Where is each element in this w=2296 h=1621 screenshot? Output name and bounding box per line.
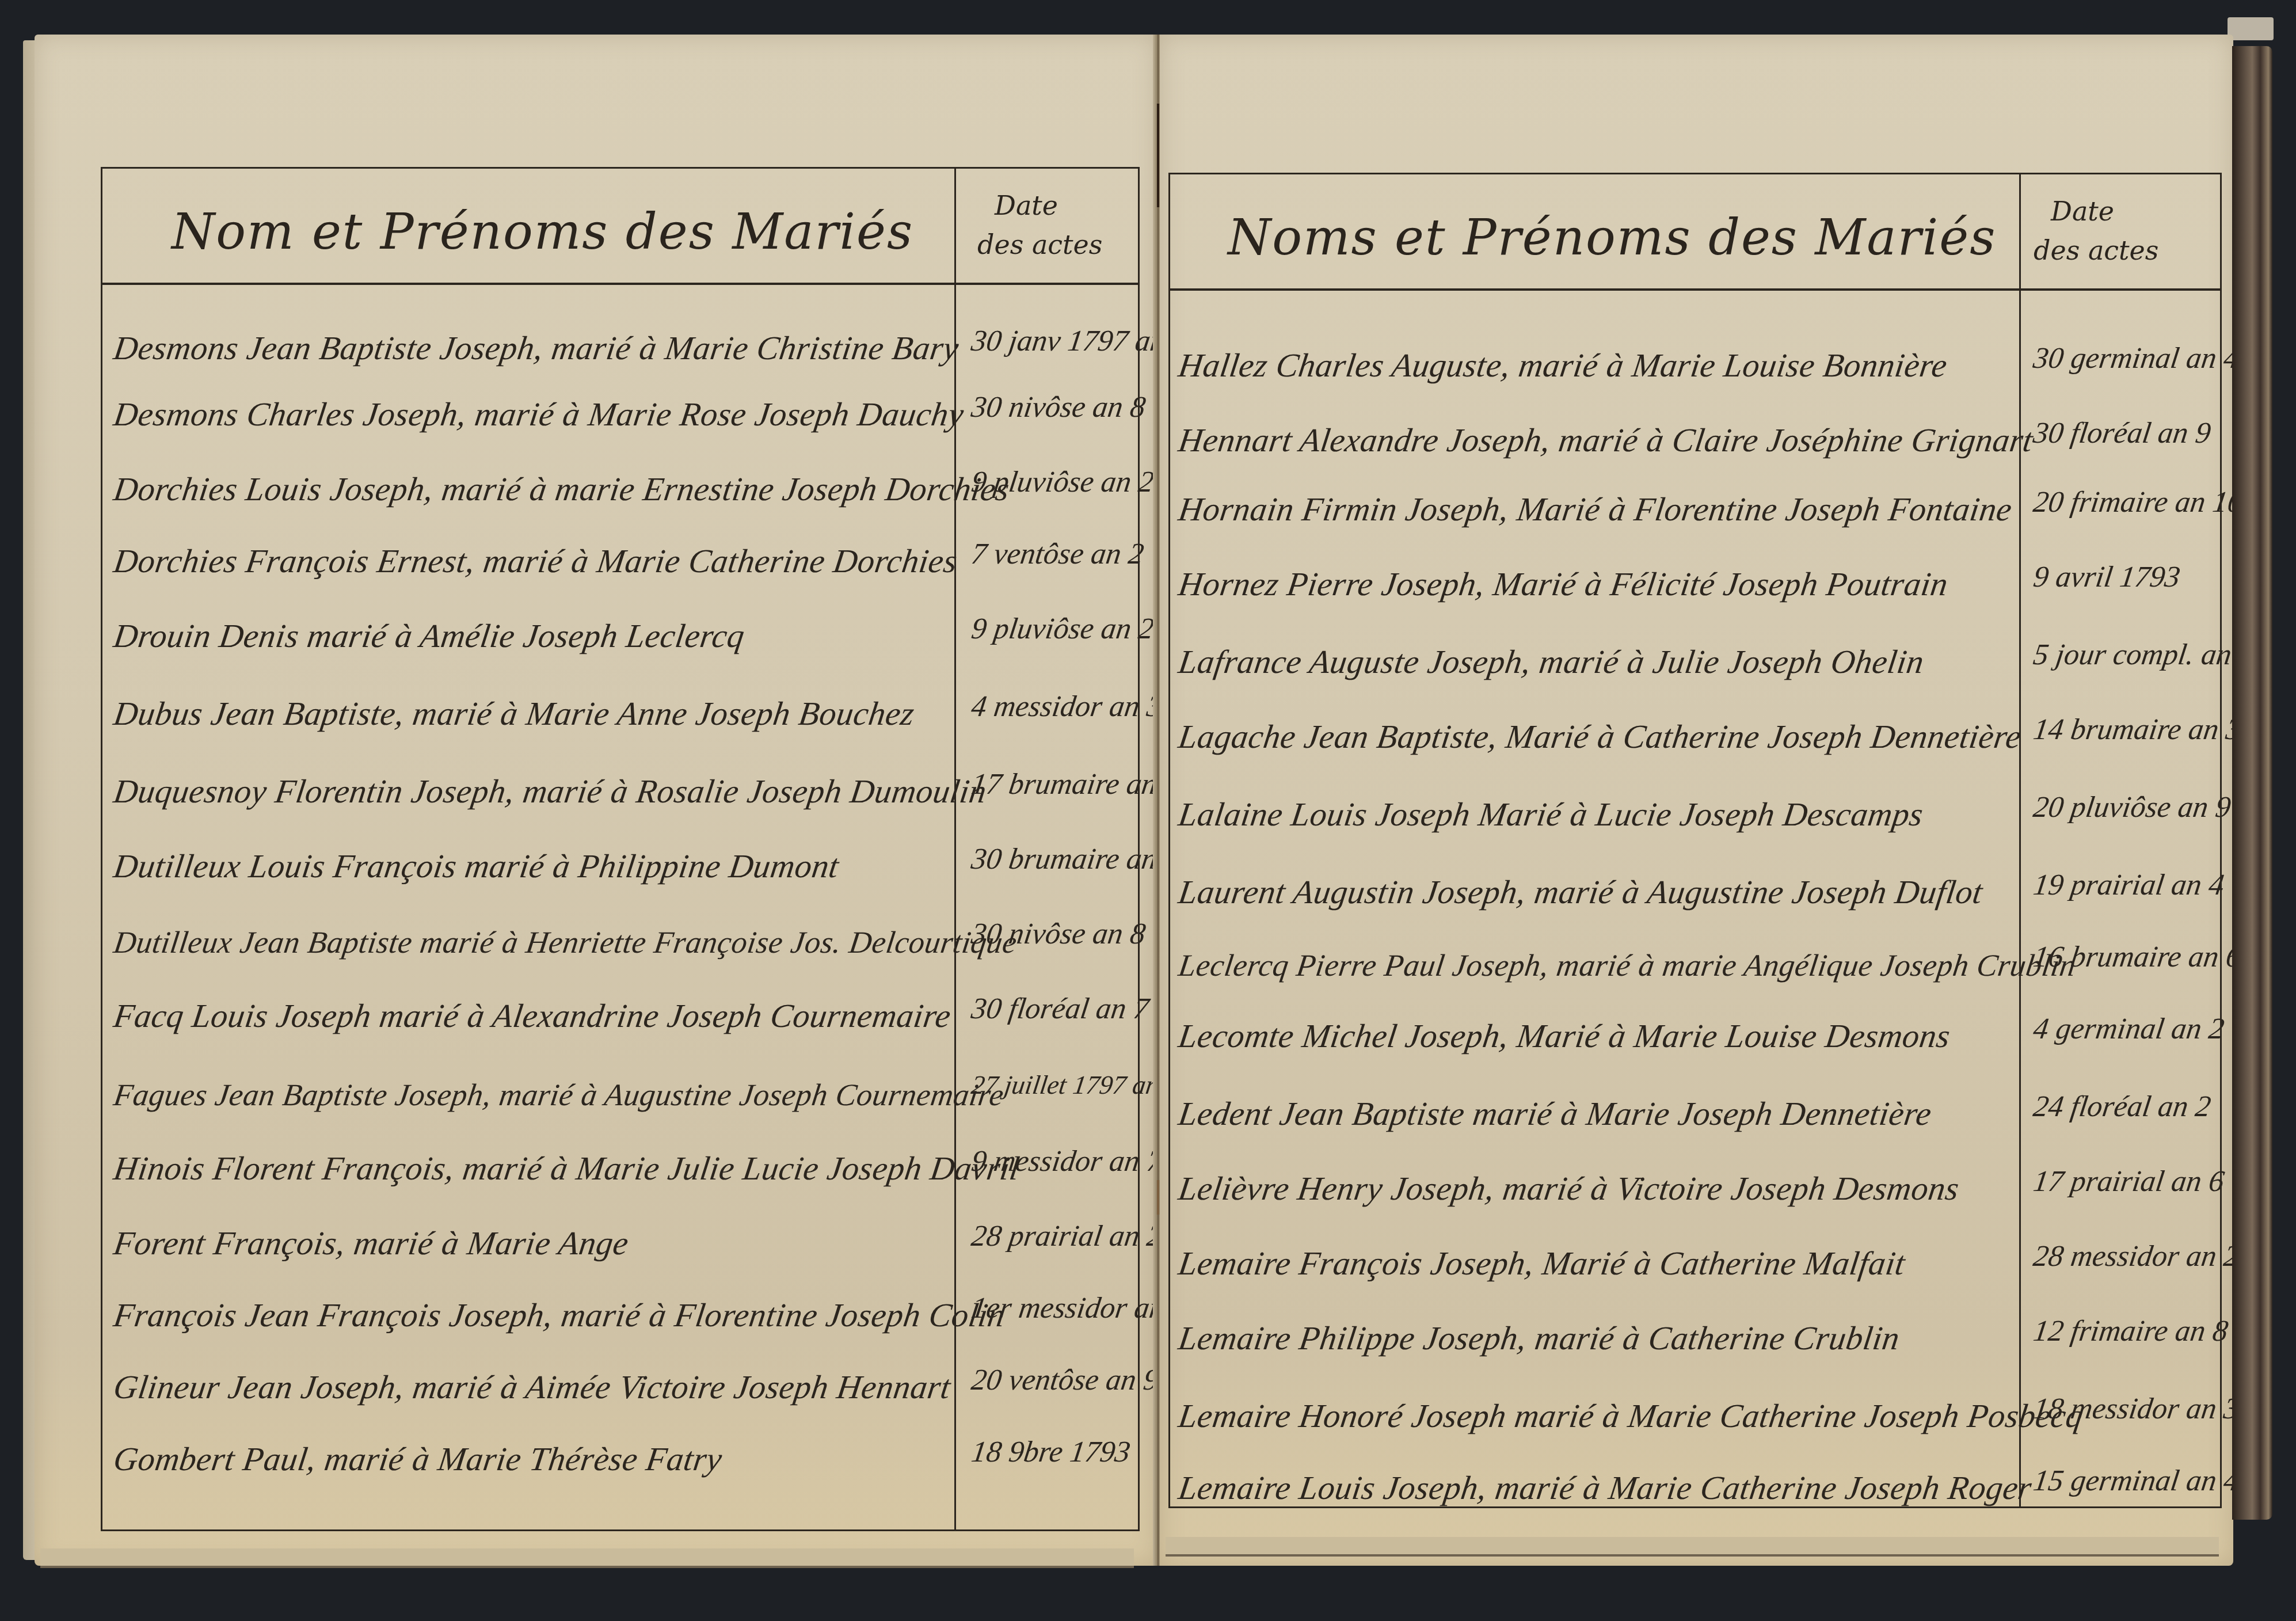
entry-date: 9 avril 1793 [2031,560,2183,594]
register-row: Hinois Florent François, marié à Marie J… [114,1130,1019,1188]
binding-thread [1157,104,1159,207]
book-cover-edge [2232,46,2272,1520]
name-column-header: Nom et Prénoms des Mariés [172,203,913,261]
register-row: Gombert Paul, marié à Marie Thérèse Fatr… [114,1421,722,1478]
register-row: Lafrance Auguste Joseph, marié à Julie J… [1179,623,1924,681]
entry-names: Lemaire Louis Joseph, marié à Marie Cath… [1176,1468,2034,1507]
entry-names: Lagache Jean Baptiste, Marié à Catherine… [1176,717,2024,756]
register-row: Dorchies François Ernest, marié à Marie … [114,523,957,580]
entry-date: 14 brumaire an 3 [2031,713,2244,747]
entry-names: Dubus Jean Baptiste, marié à Marie Anne … [111,694,917,733]
entry-names: Hennart Alexandre Joseph, marié à Claire… [1176,421,2035,459]
entry-names: Gombert Paul, marié à Marie Thérèse Fatr… [111,1440,725,1478]
binding-tear [1157,1180,1159,1215]
register-row: Hallez Charles Auguste, marié à Marie Lo… [1179,327,1947,385]
entry-date: 17 prairial an 6 [2031,1165,2226,1198]
entry-names: Dutilleux Jean Baptiste marié à Henriett… [112,924,1019,960]
register-row: Lemaire Philippe Joseph, marié à Catheri… [1179,1300,1899,1357]
right-page-bottom-edge [1166,1537,2219,1557]
register-row: Desmons Charles Joseph, marié à Marie Ro… [114,376,964,433]
register-row: Lemaire Louis Joseph, marié à Marie Cath… [1179,1449,2032,1507]
entry-names: Hinois Florent François, marié à Marie J… [111,1149,1022,1188]
entry-date: 15 germinal an 4 [2031,1464,2241,1498]
entry-names: Hornain Firmin Joseph, Marié à Florentin… [1176,490,2015,528]
register-row: Glineur Jean Joseph, marié à Aimée Victo… [114,1349,950,1406]
entry-names: Dorchies Louis Joseph, marié à marie Ern… [111,470,1012,508]
left-page: Nom et Prénoms des Mariés Date des actes… [35,35,1157,1566]
register-row: Lagache Jean Baptiste, Marié à Catherine… [1179,698,2021,756]
left-page-bottom-edge [40,1548,1134,1568]
right-page: Noms et Prénoms des Mariés Date des acte… [1160,35,2233,1566]
entry-date: 7 ventôse an 2 [969,537,1146,571]
entry-date: 18 9bre 1793 [969,1435,1133,1469]
entry-names: Desmons Jean Baptiste Joseph, marié à Ma… [111,329,961,367]
register-row: Lalaine Louis Joseph Marié à Lucie Josep… [1179,776,1923,834]
entry-date: 24 floréal an 2 [2031,1090,2213,1124]
register-row: Dutilleux Louis François marié à Philipp… [114,828,839,885]
entry-names: Lelièvre Henry Joseph, marié à Victoire … [1176,1169,1962,1208]
left-register-table: Nom et Prénoms des Mariés Date des actes… [101,167,1140,1531]
register-row: Duquesnoy Florentin Joseph, marié à Rosa… [114,753,987,810]
entry-date: 20 pluviôse an 9 [2031,790,2233,824]
register-row: Dutilleux Jean Baptiste marié à Henriett… [114,903,1017,960]
entry-names: Lecomte Michel Joseph, Marié à Marie Lou… [1176,1017,1952,1055]
header-divider [102,283,1138,285]
date-header-line1: Date [2034,192,2158,231]
register-row: Dubus Jean Baptiste, marié à Marie Anne … [114,675,914,733]
entry-names: Dorchies François Ernest, marié à Marie … [111,542,959,580]
entry-names: Duquesnoy Florentin Joseph, marié à Rosa… [111,772,989,810]
entry-date: 4 messidor an 3 [969,690,1164,724]
register-row: Lemaire Honoré Joseph marié à Marie Cath… [1179,1378,2083,1435]
entry-date: 4 germinal an 2 [2031,1012,2226,1046]
entry-date: 9 pluviôse an 2 [969,465,1156,499]
name-column-header: Noms et Prénoms des Mariés [1228,209,1996,267]
entry-names: Dutilleux Louis François marié à Philipp… [111,847,841,885]
entry-names: Hornez Pierre Joseph, Marié à Félicité J… [1176,565,1950,603]
entry-names: Laurent Augustin Joseph, marié à Augusti… [1176,873,1985,911]
entry-date: 30 floréal an 9 [2031,416,2213,450]
register-row: Leclercq Pierre Paul Joseph, marié à mar… [1179,926,2076,983]
entry-date: 19 prairial an 4 [2031,868,2226,902]
open-register-book: Nom et Prénoms des Mariés Date des actes… [23,23,2271,1600]
date-header-line2: des actes [2034,231,2158,270]
register-row: Ledent Jean Baptiste marié à Marie Josep… [1179,1075,1932,1133]
entry-date: 30 brumaire an 8 [969,842,1182,876]
entry-names: Lemaire François Joseph, Marié à Catheri… [1176,1244,1907,1283]
register-row: Facq Louis Joseph marié à Alexandrine Jo… [114,977,951,1035]
entry-date: 27 juillet 1797 an 5 [969,1070,1181,1100]
entry-names: Hallez Charles Auguste, marié à Marie Lo… [1176,346,1949,385]
entry-date: 30 floréal an 7 [969,992,1151,1026]
register-row: Hornain Firmin Joseph, Marié à Florentin… [1179,471,2012,528]
date-column-divider [2019,174,2021,1506]
entry-names: Lalaine Louis Joseph Marié à Lucie Josep… [1176,795,1925,834]
entry-date: 28 messidor an 2 [2031,1239,2241,1273]
date-column-header: Date des actes [2034,192,2158,270]
register-row: Lecomte Michel Joseph, Marié à Marie Lou… [1179,998,1950,1055]
register-row: Lemaire François Joseph, Marié à Catheri… [1179,1225,1905,1283]
register-row: Lelièvre Henry Joseph, marié à Victoire … [1179,1150,1959,1208]
right-register-table: Noms et Prénoms des Mariés Date des acte… [1168,173,2222,1508]
entry-date: 9 messidor an 7 [969,1144,1164,1178]
date-column-header: Date des actes [977,186,1102,264]
entry-names: Fagues Jean Baptiste Joseph, marié à Aug… [112,1077,1006,1113]
register-row: Desmons Jean Baptiste Joseph, marié à Ma… [114,310,959,367]
entry-names: Lemaire Honoré Joseph marié à Marie Cath… [1176,1397,2085,1435]
entry-names: Desmons Charles Joseph, marié à Marie Ro… [111,395,966,433]
entry-date: 20 frimaire an 10 [2031,485,2245,519]
entry-names: Glineur Jean Joseph, marié à Aimée Victo… [111,1368,953,1406]
entry-names: Ledent Jean Baptiste marié à Marie Josep… [1176,1094,1934,1133]
date-header-line1: Date [977,186,1102,225]
entry-date: 18 messidor an 3 [2031,1392,2241,1426]
entry-date: 9 pluviôse an 2 [969,612,1156,646]
entry-names: Lafrance Auguste Joseph, marié à Julie J… [1176,642,1926,681]
register-row: Drouin Denis marié à Amélie Joseph Lecle… [114,598,744,655]
date-header-line2: des actes [977,225,1102,264]
entry-date: 28 prairial an 2 [969,1219,1164,1253]
entry-date: 12 frimaire an 8 [2031,1314,2230,1348]
entry-date: 30 nivôse an 8 [969,917,1148,951]
entry-names: Lemaire Philippe Joseph, marié à Catheri… [1176,1319,1902,1357]
entry-names: Leclercq Pierre Paul Joseph, marié à mar… [1176,948,2078,983]
header-divider [1170,288,2220,291]
register-row: Forent François, marié à Marie Ange [114,1205,629,1262]
register-row: François Jean François Joseph, marié à F… [114,1277,1005,1334]
register-row: Laurent Augustin Joseph, marié à Augusti… [1179,854,1982,911]
entry-names: François Jean François Joseph, marié à F… [111,1296,1007,1334]
register-row: Dorchies Louis Joseph, marié à marie Ern… [114,451,1009,508]
entry-date: 30 nivôse an 8 [969,390,1148,424]
entry-names: Forent François, marié à Marie Ange [111,1224,631,1262]
register-row: Hennart Alexandre Joseph, marié à Claire… [1179,402,2033,459]
entry-names: Drouin Denis marié à Amélie Joseph Lecle… [111,617,747,655]
entry-date: 20 ventôse an 9 [969,1363,1161,1397]
book-cover-corner [2228,17,2274,40]
register-row: Fagues Jean Baptiste Joseph, marié à Aug… [114,1055,1004,1113]
entry-date: 17 brumaire an 6 [969,767,1182,801]
entry-date: 5 jour compl. an 2 [2031,638,2256,672]
entry-date: 30 germinal an 4 [2031,341,2241,375]
entry-date: 16 brumaire an 6 [2031,940,2244,974]
entry-names: Facq Louis Joseph marié à Alexandrine Jo… [111,996,953,1035]
register-row: Hornez Pierre Joseph, Marié à Félicité J… [1179,546,1948,603]
